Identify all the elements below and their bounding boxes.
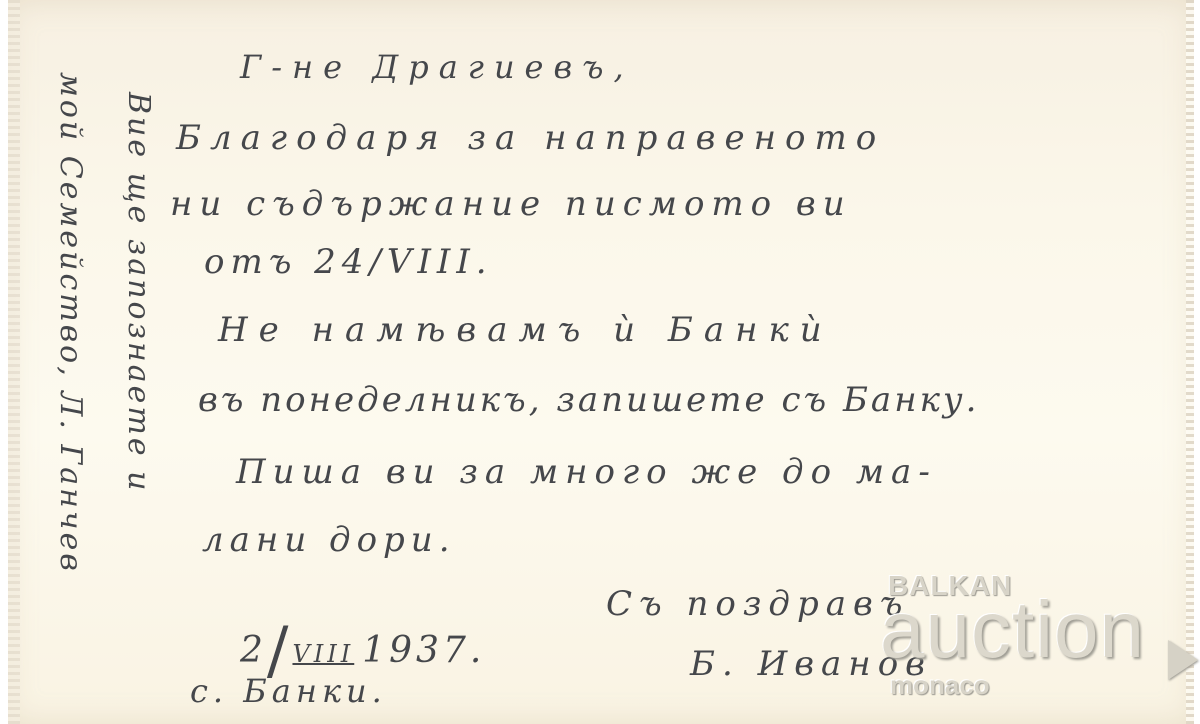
body-line-2: ни съдържание писмото ви <box>170 184 852 224</box>
letter-place: с. Банки. <box>190 672 387 710</box>
deckle-edge-right <box>1186 0 1194 724</box>
signature: Б. Иванов <box>690 644 932 684</box>
body-line-3: отъ 24/VIII. <box>204 242 493 282</box>
letter-card: Г-не Драгиевъ, Благодаря за направеното … <box>8 0 1194 724</box>
closing: Съ поздравъ <box>606 584 909 624</box>
margin-note-line-2: мой Семейство, Л. Ганчев <box>53 72 88 574</box>
date-day: 2 <box>240 630 267 671</box>
date-year: 1937. <box>362 630 485 671</box>
body-line-7: лани дори. <box>202 520 456 560</box>
body-line-1: Благодаря за направеното <box>176 118 885 158</box>
deckle-edge-left <box>8 0 20 724</box>
body-line-5: въ понеделникъ, запишете съ Банку. <box>198 380 979 420</box>
margin-note-line-1: Вие ще запознаете и <box>121 92 156 493</box>
body-line-6: Пиша ви за много же до ма- <box>236 452 937 492</box>
letter-date: 2/VIII1937. <box>240 604 485 678</box>
date-month: VIII <box>292 640 354 668</box>
balkan-auction-watermark: BALKAN auction monaco <box>880 570 1200 710</box>
salutation: Г-не Драгиевъ, <box>240 48 634 86</box>
body-line-4: Не намѣвамъ ѝ Банкѝ <box>218 310 833 350</box>
